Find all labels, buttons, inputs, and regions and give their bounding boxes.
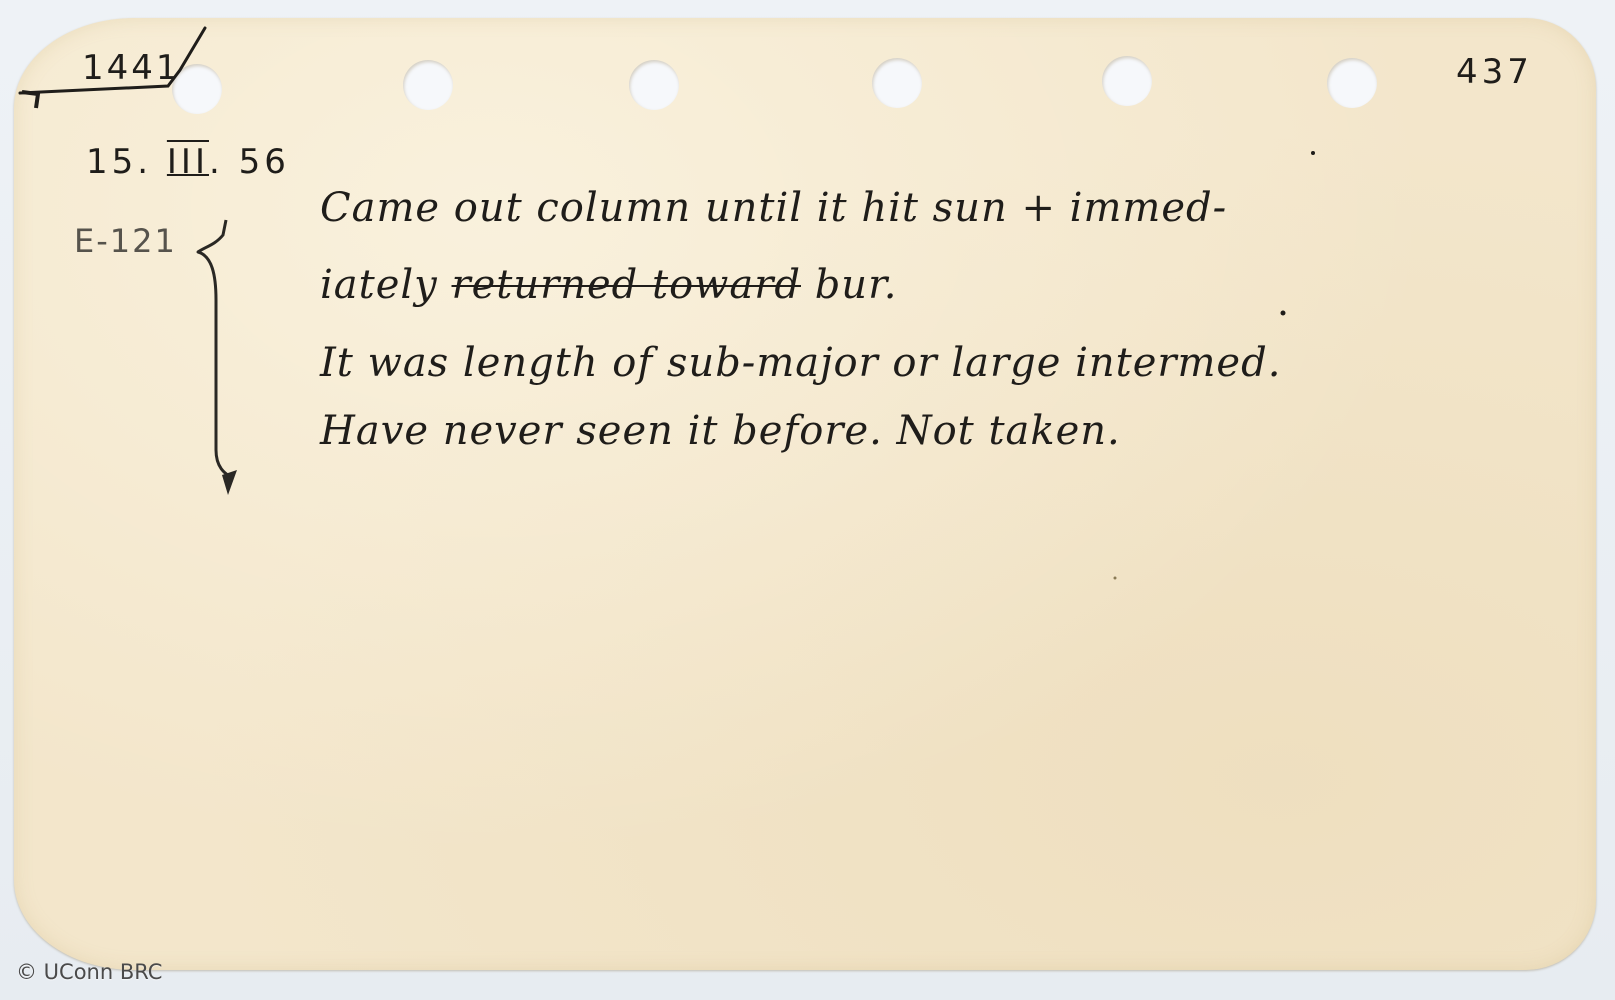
date-month: III [167, 142, 209, 182]
note-line: iately returned toward bur. [320, 262, 898, 308]
punch-hole [403, 60, 453, 110]
copyright-watermark: © UConn BRC [16, 960, 162, 984]
note-line: Have never seen it before. Not taken. [320, 408, 1121, 454]
struck-text: returned toward [452, 262, 801, 308]
note-line: Came out column until it hit sun + immed… [320, 185, 1227, 231]
punch-hole [629, 60, 679, 110]
punch-hole [1102, 56, 1152, 106]
catalog-number: 1441 [82, 48, 181, 88]
punch-hole [872, 58, 922, 108]
note-text: iately [320, 262, 452, 308]
note-line: It was length of sub-major or large inte… [320, 340, 1281, 386]
date-year: . 56 [209, 142, 290, 182]
note-text: bur. [801, 262, 898, 308]
punch-hole [1327, 58, 1377, 108]
record-date: 15. III. 56 [86, 142, 290, 182]
page-number: 437 [1456, 52, 1533, 92]
specimen-code: E-121 [74, 222, 177, 260]
scan-viewer: 1441 437 15. III. 56 E-121 Came out colu… [0, 0, 1615, 1000]
date-day: 15. [86, 142, 152, 182]
